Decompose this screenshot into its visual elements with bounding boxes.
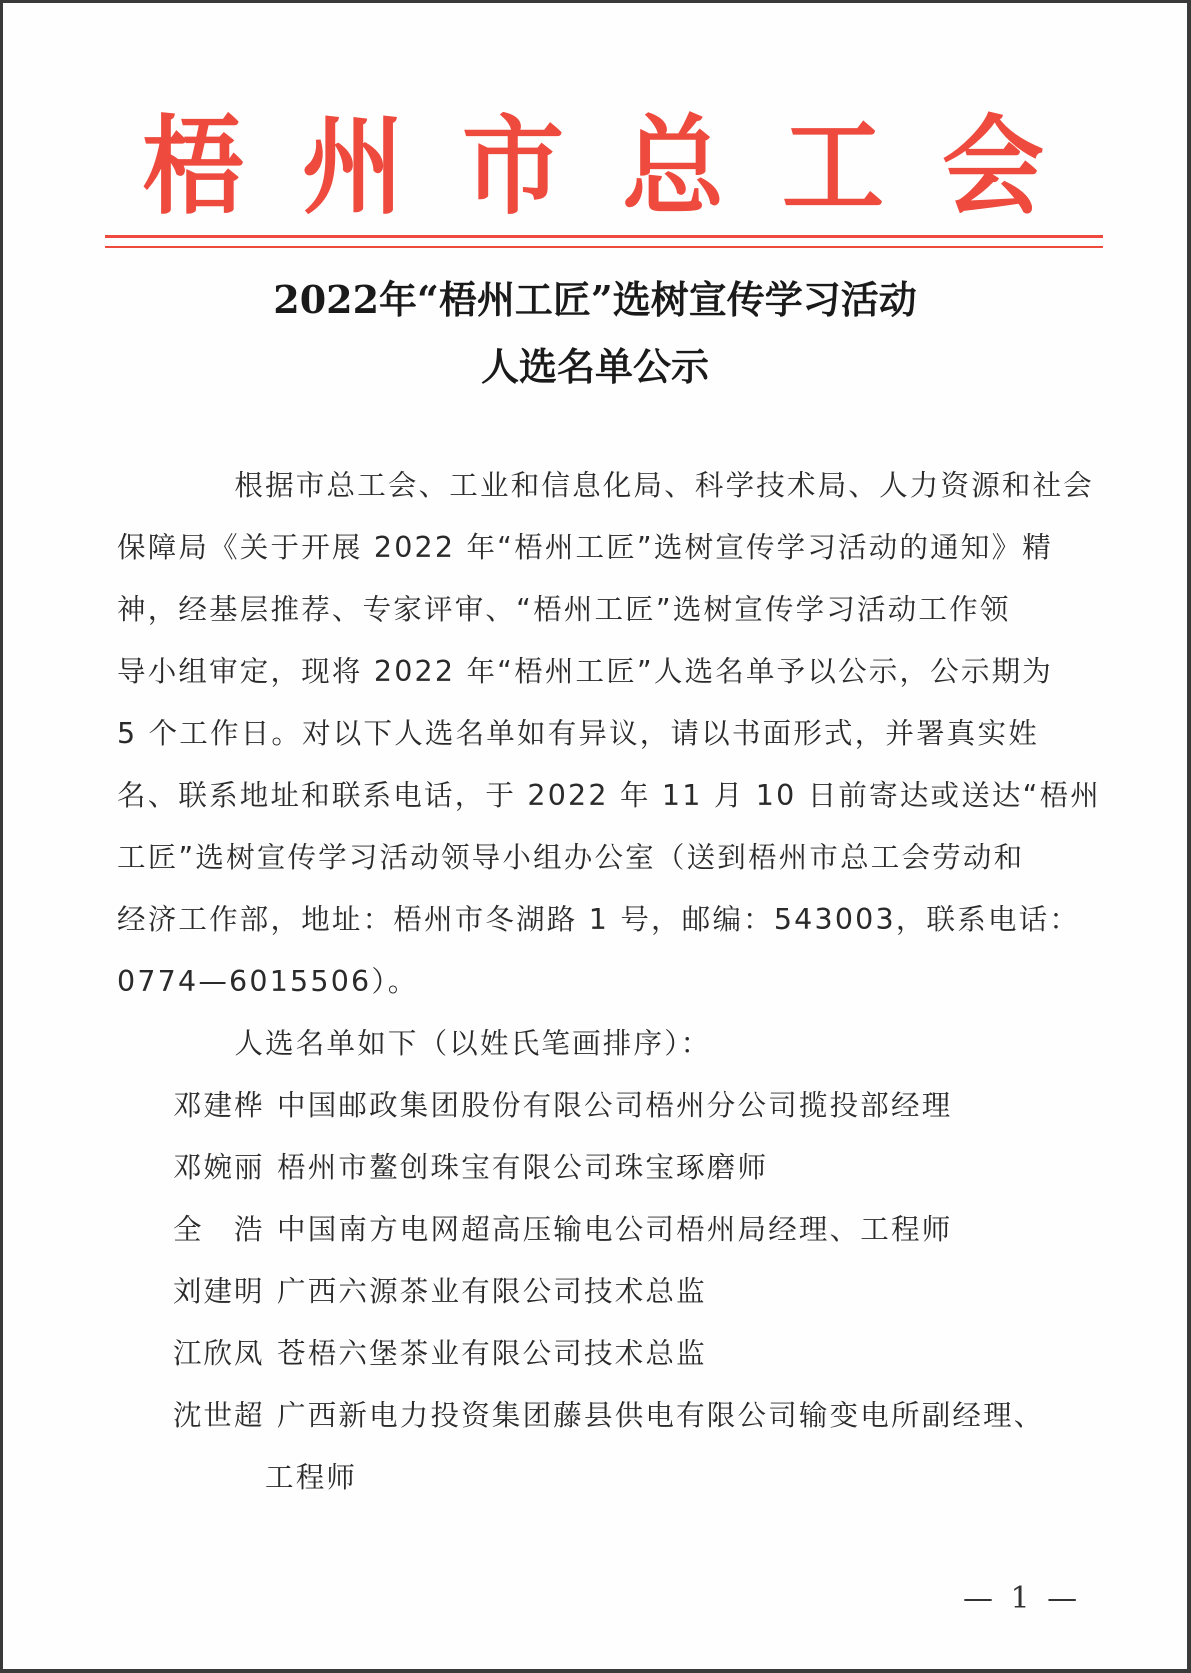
body-paragraph: 根据市总工会、工业和信息化局、科学技术局、人力资源和社会 保障局《关于开展 20…: [175, 455, 1075, 1075]
masthead-char: 工: [773, 114, 893, 221]
candidate-org: 广西新电力投资集团藤县供电有限公司输变电所副经理、: [277, 1399, 1045, 1432]
masthead-char: 州: [293, 114, 413, 221]
body-line: 保障局《关于开展 2022 年“梧州工匠”选树宣传学习活动的通知》精: [117, 517, 1075, 579]
body-line: 神，经基层推荐、专家评审、“梧州工匠”选树宣传学习活动工作领: [117, 579, 1075, 641]
body-line: 导小组审定，现将 2022 年“梧州工匠”人选名单予以公示，公示期为: [117, 641, 1075, 703]
body-line: 5 个工作日。对以下人选名单如有异议，请以书面形式，并署真实姓: [117, 703, 1075, 765]
masthead-char: 梧: [133, 114, 253, 221]
candidate-row: 江欣凤苍梧六堡茶业有限公司技术总监: [173, 1323, 1073, 1385]
candidate-list: 邓建桦中国邮政集团股份有限公司梧州分公司揽投部经理 邓婉丽梧州市鳌创珠宝有限公司…: [173, 1075, 1073, 1509]
page-number: — 1 —: [963, 1581, 1081, 1616]
candidate-name: 刘建明: [173, 1261, 269, 1323]
body-line: 名、联系地址和联系电话，于 2022 年 11 月 10 日前寄达或送达“梧州: [117, 765, 1075, 827]
candidate-org: 中国邮政集团股份有限公司梧州分公司揽投部经理: [277, 1089, 952, 1122]
body-line: 工匠”选树宣传学习活动领导小组办公室（送到梧州市总工会劳动和: [117, 827, 1075, 889]
candidate-org: 苍梧六堡茶业有限公司技术总监: [277, 1337, 707, 1370]
candidates-heading: 人选名单如下（以姓氏笔画排序）：: [173, 1013, 1075, 1075]
candidate-org: 广西六源茶业有限公司技术总监: [277, 1275, 707, 1308]
candidate-name: 全 浩: [173, 1199, 269, 1261]
candidate-name: 邓婉丽: [173, 1137, 269, 1199]
candidate-org-continuation: 工程师: [173, 1447, 1073, 1509]
masthead-rule-thick: [105, 235, 1103, 238]
candidate-name: 沈世超: [173, 1385, 269, 1447]
body-line: 根据市总工会、工业和信息化局、科学技术局、人力资源和社会: [173, 455, 1075, 517]
masthead-rule-thin: [105, 246, 1103, 248]
candidate-row: 邓婉丽梧州市鳌创珠宝有限公司珠宝琢磨师: [173, 1137, 1073, 1199]
candidate-org: 中国南方电网超高压输电公司梧州局经理、工程师: [277, 1213, 952, 1246]
masthead-char: 会: [933, 114, 1053, 221]
body-line: 经济工作部，地址：梧州市冬湖路 1 号，邮编：543003，联系电话：: [117, 889, 1075, 951]
candidate-row: 刘建明广西六源茶业有限公司技术总监: [173, 1261, 1073, 1323]
masthead-char: 市: [453, 114, 573, 221]
candidate-org: 梧州市鳌创珠宝有限公司珠宝琢磨师: [277, 1151, 768, 1184]
masthead-char: 总: [613, 114, 733, 221]
masthead-title: 梧 州 市 总 工 会: [133, 113, 1053, 223]
candidate-row: 全 浩中国南方电网超高压输电公司梧州局经理、工程师: [173, 1199, 1073, 1261]
candidate-name: 江欣凤: [173, 1323, 269, 1385]
candidate-row: 邓建桦中国邮政集团股份有限公司梧州分公司揽投部经理: [173, 1075, 1073, 1137]
document-title-line1: 2022年“梧州工匠”选树宣传学习活动: [3, 281, 1187, 319]
document-title-line2: 人选名单公示: [3, 348, 1187, 386]
candidate-row: 沈世超广西新电力投资集团藤县供电有限公司输变电所副经理、: [173, 1385, 1073, 1447]
document-page: 梧 州 市 总 工 会 2022年“梧州工匠”选树宣传学习活动 人选名单公示 根…: [3, 3, 1187, 1669]
body-line: 0774—6015506）。: [117, 951, 1075, 1013]
candidate-name: 邓建桦: [173, 1075, 269, 1137]
